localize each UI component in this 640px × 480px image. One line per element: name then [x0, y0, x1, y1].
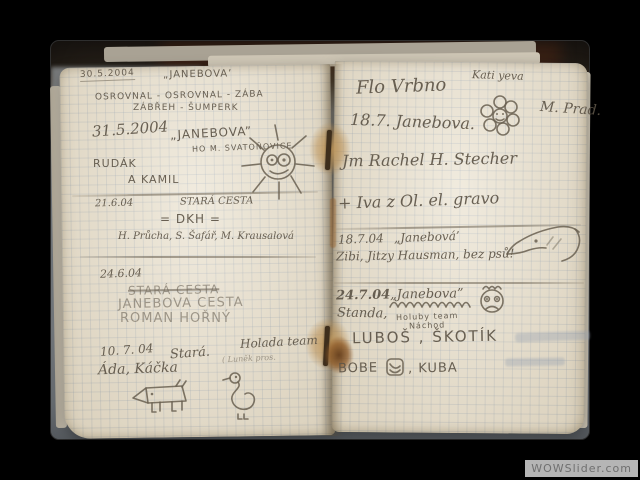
entry3-team: = DKH =	[160, 213, 221, 225]
pencil-rule-2	[80, 256, 316, 258]
squiggle-doodle	[388, 297, 474, 311]
r-entry2-title: „Janebová’	[394, 230, 460, 244]
entry4-title: JANEBOVA CESTA	[118, 296, 244, 311]
flower-smiley-doodle	[478, 92, 522, 136]
duck-doodle	[222, 370, 260, 420]
entry3-date: 21.6.04	[95, 199, 133, 210]
entry3-title: STARÁ CESTA	[180, 196, 253, 207]
dog-head-doodle	[505, 220, 583, 270]
entry1-date: 30.5.2004	[80, 69, 135, 82]
pencil-rule-4	[334, 282, 584, 284]
r-entry3-names: LUBOŠ , ŠKOTÍK	[352, 329, 498, 347]
entry1-title: „JANEBOVA’	[163, 69, 233, 80]
r-entry3-name2a: BOBE	[338, 362, 378, 376]
entry1-line3: ZÁBŘEH - ŠUMPERK	[133, 104, 239, 113]
r-entry3-name2b: , KUBA	[408, 362, 458, 376]
entry4-name: ROMAN HOŘNÝ	[120, 312, 231, 325]
r-entry1-line1: Flo Vrbno	[356, 76, 447, 97]
slider-stage: 30.5.2004 „JANEBOVA’ OSROVNAL - OSROVNAL…	[0, 0, 640, 480]
wowslider-watermark-link[interactable]: WOWSlider.com	[525, 460, 638, 477]
angry-face-doodle	[477, 282, 507, 318]
entry2-name2: A KAMIL	[128, 174, 179, 185]
pig-doodle	[130, 378, 202, 416]
stamp-scribble-doodle	[385, 357, 405, 377]
r-entry3-date: 24.7.04	[336, 289, 390, 303]
entry5-date: 10. 7. 04	[100, 342, 154, 358]
entry4-date: 24.6.04	[100, 267, 142, 279]
entry5-names: Áda, Káčka	[98, 361, 178, 378]
r-entry1-peak: M. Prad.	[540, 100, 602, 118]
r-entry1-name-top: Kati yeva	[472, 69, 524, 82]
r-entry1-line3: Jm Rachel H. Stecher	[342, 150, 517, 169]
entry3-names: H. Průcha, S. Šafář, M. Krausalová	[118, 232, 294, 242]
r-entry2-names: Zibi, Jitzy Hausman, bez psů!	[336, 247, 515, 262]
r-entry2-date: 18.7.04	[338, 232, 384, 246]
erased-text-smudge2	[505, 357, 565, 366]
r-entry1-line2: 18.7. Janebova.	[350, 112, 476, 132]
entry2-name1: RUDÁK	[93, 158, 137, 169]
r-entry3-name1: Standa,	[337, 307, 388, 321]
spine-stain	[330, 198, 336, 248]
